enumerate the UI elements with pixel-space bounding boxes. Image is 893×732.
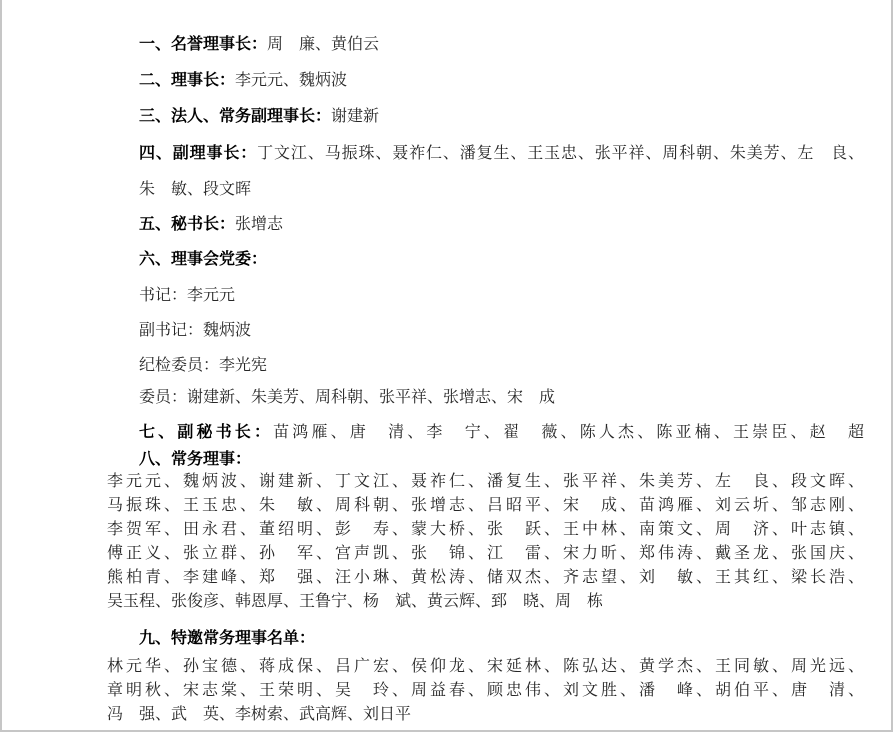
line-party-committee-heading: 六、理事会党委： [139,251,864,268]
line-text: 傅正义、张立群、孙 军、宫声凯、张 锦、江 雷、宋力昕、郑伟涛、戴圣龙、张国庆、 [107,545,864,562]
line-invited-directors-row-1: 林元华、孙宝德、蒋成保、吕广宏、侯仰龙、宋延林、陈弘达、黄学杰、王同敏、周光远、 [107,658,864,675]
line-invited-directors-row-2: 章明秋、宋志棠、王荣明、吴 玲、周益春、顾忠伟、刘文胜、潘 峰、胡伯平、唐 清、 [107,682,864,699]
line-text: 副书记：魏炳波 [139,322,251,339]
line-executive-directors-row-3: 李贺军、田永君、董绍明、彭 寿、蒙大桥、张 跃、王中林、南策文、周 济、叶志镇、 [107,521,864,538]
line-text: 谢建新 [331,108,379,125]
line-text: 马振珠、王玉忠、朱 敏、周科朝、张增志、吕昭平、宋 成、苗鸿雁、刘云圻、邹志刚、 [107,497,864,514]
line-invited-executive-directors-heading: 九、特邀常务理事名单： [139,630,864,647]
line-text: 张增志 [235,216,283,233]
line-text: 李元元、魏炳波 [235,72,347,89]
heading-label: 五、秘书长： [139,216,235,233]
line-executive-directors-heading: 八、常务理事： [139,451,864,468]
line-president: 二、理事长：李元元、魏炳波 [139,72,864,89]
line-vice-presidents: 四、副理事长：丁文江、马振珠、聂祚仁、潘复生、王玉忠、张平祥、周科朝、朱美芳、左… [139,145,864,162]
line-text: 周 廉、黄伯云 [267,36,379,53]
line-text: 李贺军、田永君、董绍明、彭 寿、蒙大桥、张 跃、王中林、南策文、周 济、叶志镇、 [107,521,864,538]
line-discipline-inspection-member: 纪检委员：李光宪 [139,357,864,374]
line-text: 章明秋、宋志棠、王荣明、吴 玲、周益春、顾忠伟、刘文胜、潘 峰、胡伯平、唐 清、 [107,682,864,699]
line-vice-presidents-continued: 朱 敏、段文晖 [139,181,864,198]
line-text: 熊柏青、李建峰、郑 强、汪小琳、黄松涛、储双杰、齐志望、刘 敏、王其红、梁长浩、 [107,569,864,586]
document-page: 一、名誉理事长：周 廉、黄伯云 二、理事长：李元元、魏炳波 三、法人、常务副理事… [0,0,893,732]
heading-label: 七、副秘书长： [139,424,273,441]
heading-label: 三、法人、常务副理事长： [139,108,331,125]
line-text: 林元华、孙宝德、蒋成保、吕广宏、侯仰龙、宋延林、陈弘达、黄学杰、王同敏、周光远、 [107,658,864,675]
heading-label: 九、特邀常务理事名单： [139,630,315,647]
line-committee-members: 委员：谢建新、朱美芳、周科朝、张平祥、张增志、宋 成 [139,389,864,406]
line-secretary-general: 五、秘书长：张增志 [139,216,864,233]
line-text: 丁文江、马振珠、聂祚仁、潘复生、王玉忠、张平祥、周科朝、朱美芳、左 良、 [257,145,864,162]
line-text: 委员：谢建新、朱美芳、周科朝、张平祥、张增志、宋 成 [139,389,555,406]
line-executive-directors-row-2: 马振珠、王玉忠、朱 敏、周科朝、张增志、吕昭平、宋 成、苗鸿雁、刘云圻、邹志刚、 [107,497,864,514]
line-executive-directors-row-1: 李元元、魏炳波、谢建新、丁文江、聂祚仁、潘复生、张平祥、朱美芳、左 良、段文晖、 [107,473,864,490]
line-text: 书记：李元元 [139,287,235,304]
line-executive-directors-row-6: 吴玉程、张俊彦、韩恩厚、王鲁宁、杨 斌、黄云辉、郅 晓、周 栋 [107,593,864,610]
heading-label: 四、副理事长： [139,145,257,162]
line-text: 冯 强、武 英、李树索、武高辉、刘日平 [107,706,411,723]
heading-label: 二、理事长： [139,72,235,89]
line-text: 朱 敏、段文晖 [139,181,251,198]
line-text: 纪检委员：李光宪 [139,357,267,374]
heading-label: 六、理事会党委： [139,251,267,268]
line-party-secretary: 书记：李元元 [139,287,864,304]
line-text: 李元元、魏炳波、谢建新、丁文江、聂祚仁、潘复生、张平祥、朱美芳、左 良、段文晖、 [107,473,864,490]
line-executive-directors-row-5: 熊柏青、李建峰、郑 强、汪小琳、黄松涛、储双杰、齐志望、刘 敏、王其红、梁长浩、 [107,569,864,586]
line-deputy-party-secretary: 副书记：魏炳波 [139,322,864,339]
line-legal-rep-vice-president: 三、法人、常务副理事长：谢建新 [139,108,864,125]
heading-label: 一、名誉理事长： [139,36,267,53]
line-text: 吴玉程、张俊彦、韩恩厚、王鲁宁、杨 斌、黄云辉、郅 晓、周 栋 [107,593,603,610]
line-honorary-presidents: 一、名誉理事长：周 廉、黄伯云 [139,36,864,53]
line-invited-directors-row-3: 冯 强、武 英、李树索、武高辉、刘日平 [107,706,864,723]
line-executive-directors-row-4: 傅正义、张立群、孙 军、宫声凯、张 锦、江 雷、宋力昕、郑伟涛、戴圣龙、张国庆、 [107,545,864,562]
line-text: 苗鸿雁、唐 清、李 宁、翟 薇、陈人杰、陈亚楠、王崇臣、赵 超 [273,424,864,441]
line-deputy-secretaries-general: 七、副秘书长：苗鸿雁、唐 清、李 宁、翟 薇、陈人杰、陈亚楠、王崇臣、赵 超 [139,424,864,441]
heading-label: 八、常务理事： [139,451,251,468]
